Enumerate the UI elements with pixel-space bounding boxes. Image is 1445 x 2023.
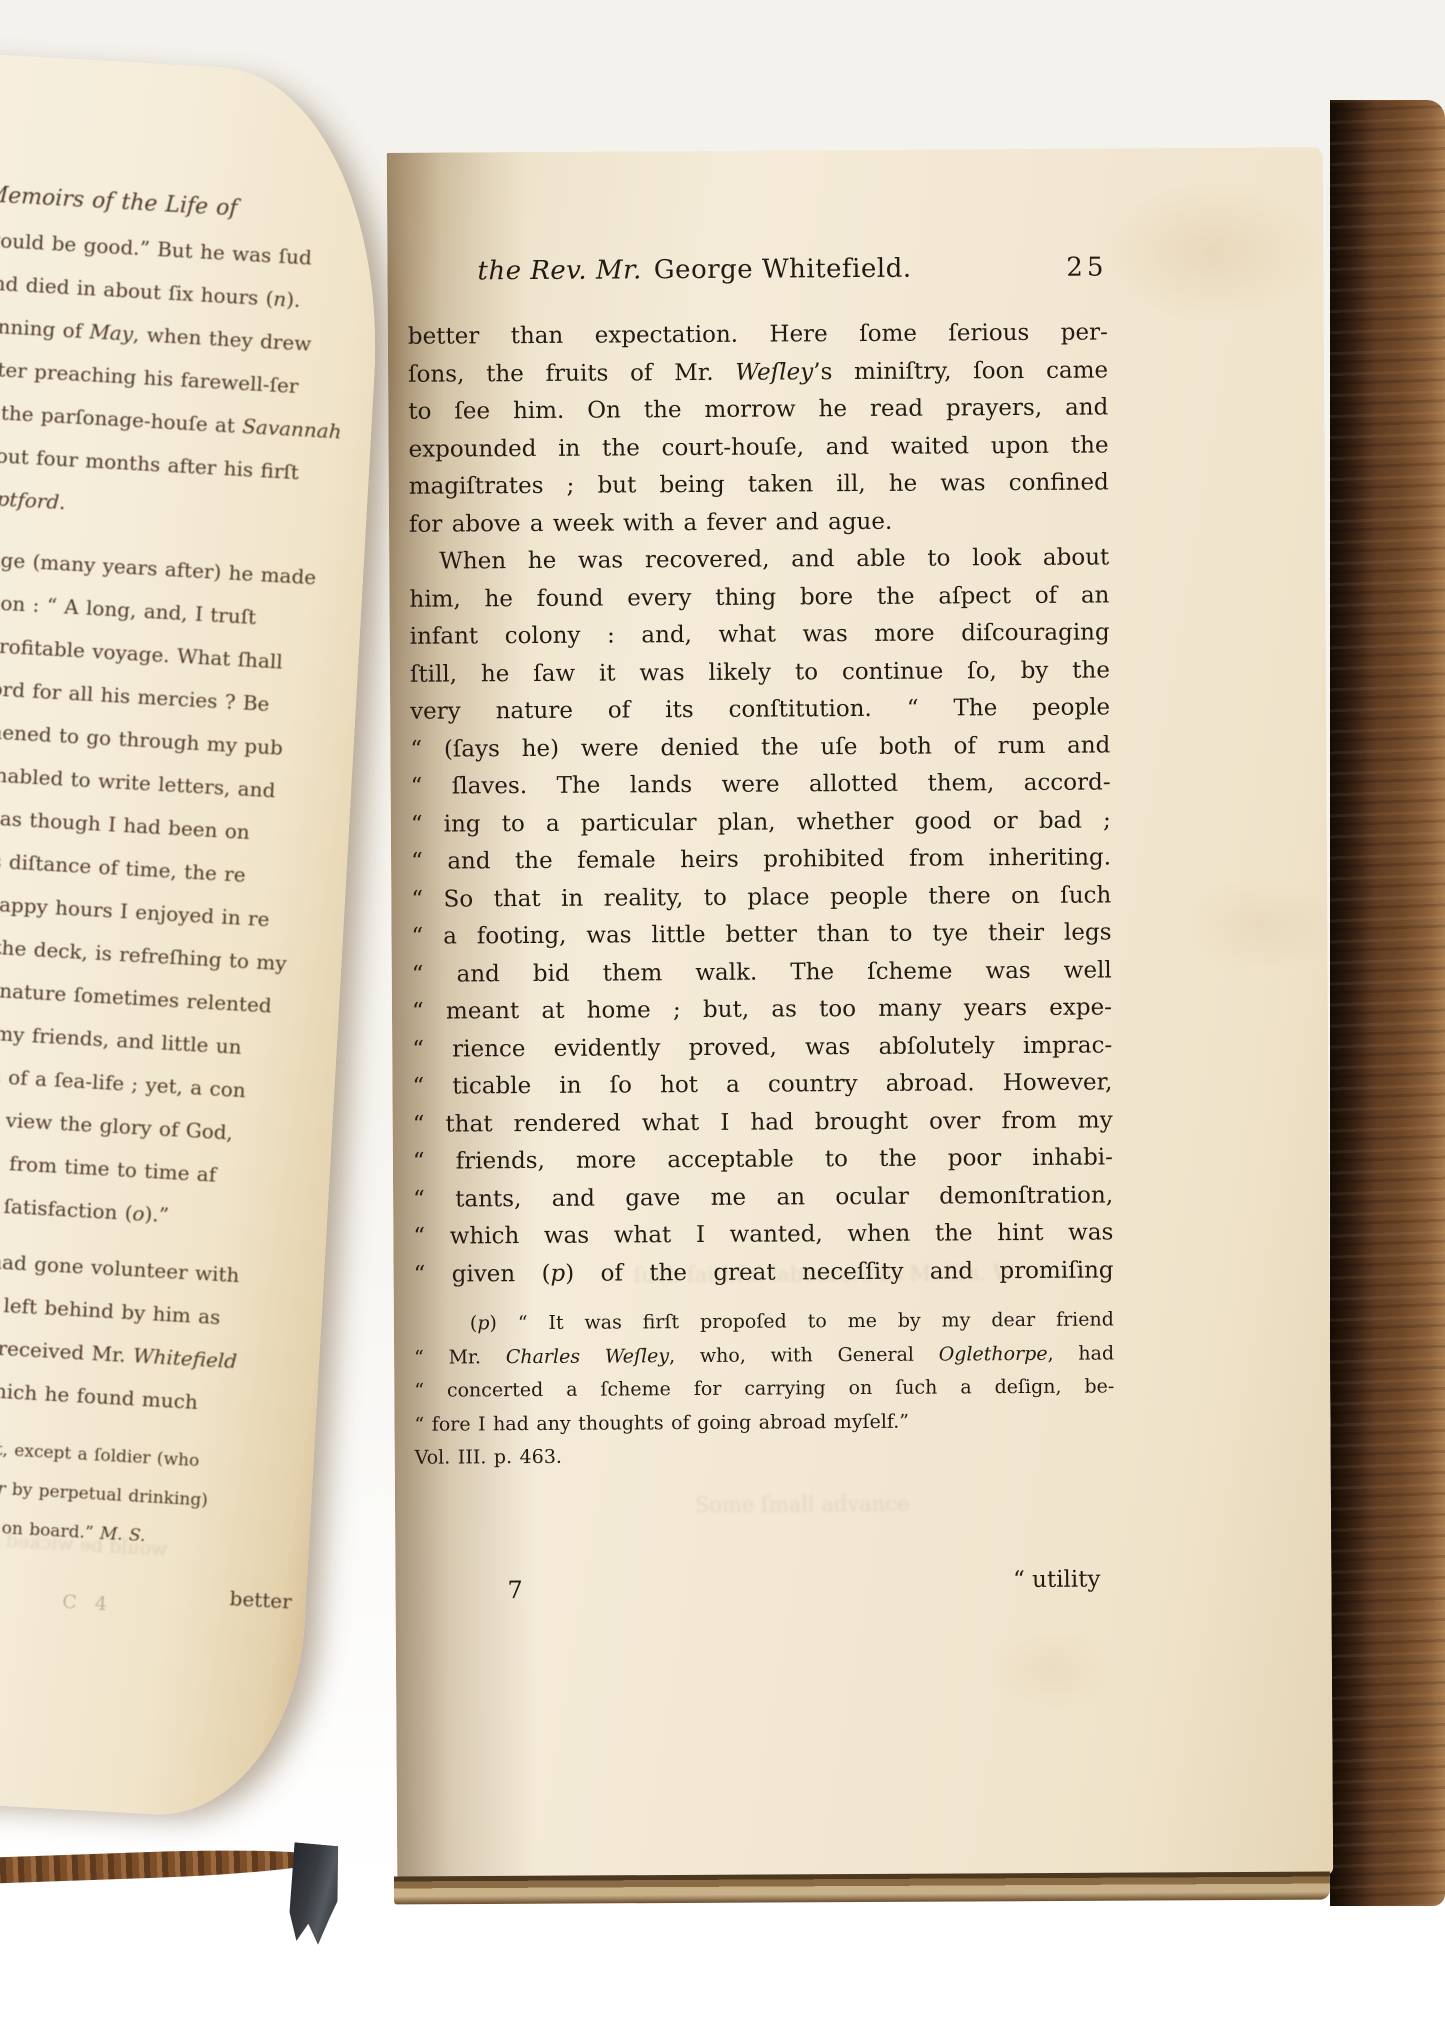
text-line: (p) “ It was firſt propoſed to me by my … — [414, 1303, 1114, 1341]
text-line: “ given (p) of the great neceſſity and p… — [413, 1252, 1113, 1294]
text-line: Vol. III. p. 463. — [415, 1437, 1115, 1475]
text-line: “ meant at home ; but, as too many years… — [412, 989, 1112, 1031]
text-line: for above a week with a fever and ague. — [409, 502, 1109, 544]
text-line: “ that rendered what I had brought over … — [413, 1102, 1113, 1144]
text-line: to ſee him. On the morrow he read prayer… — [408, 389, 1108, 431]
header-title-italic: the Rev. Mr. — [477, 255, 642, 286]
page-header: the Rev. Mr. George Whitefield. 25 — [407, 252, 1107, 286]
signature-mark: C 4 — [62, 1591, 114, 1616]
book-photograph: the Rev. Mr. George Whitefield. 25 ſuch … — [0, 0, 1445, 2023]
catchword: “ utility — [1013, 1567, 1101, 1594]
text-line: “ friends, more acceptable to the poor i… — [413, 1139, 1113, 1181]
catchword: better — [229, 1586, 292, 1613]
text-line: “ (ſays he) were denied the uſe both of … — [410, 727, 1110, 769]
text-line: “ fore I had any thoughts of going abroa… — [414, 1404, 1114, 1442]
text-line: “ Mr. Charles Weſley, who, with General … — [414, 1337, 1114, 1375]
body-text: better than expectation. Here ſome ſerio… — [408, 314, 1114, 1293]
page-number: 25 — [1066, 252, 1107, 282]
footnote: (p) “ It was firſt propoſed to me by my … — [414, 1303, 1115, 1475]
cover-fore-edge — [1330, 100, 1445, 1906]
text-line: infant colony : and, what was more diſco… — [410, 614, 1110, 656]
header-title: George Whitefield. — [654, 254, 912, 286]
text-line: very nature of its conſtitution. “ The p… — [410, 689, 1110, 731]
text-line: “ concerted a ſcheme for carrying on ſuc… — [414, 1370, 1114, 1408]
text-line: “ and the female heirs prohibited from i… — [411, 839, 1111, 881]
text-line: better than expectation. Here ſome ſerio… — [408, 314, 1108, 356]
text-line: “ rience evidently proved, was abſolutel… — [412, 1027, 1112, 1069]
text-line: “ ſlaves. The lands were allotted them, … — [410, 764, 1110, 806]
text-line: magiſtrates ; but being taken ill, he wa… — [409, 464, 1109, 506]
text-line: “ So that in reality, to place people th… — [411, 877, 1111, 919]
show-through-text: Some ſmall advance — [695, 1492, 910, 1517]
text-line: “ ing to a particular plan, whether good… — [411, 802, 1111, 844]
text-line: him, he found every thing bore the aſpec… — [409, 577, 1109, 619]
text-line: “ tants, and gave me an ocular demonſtra… — [413, 1177, 1113, 1219]
text-line: expounded in the court-houſe, and waited… — [408, 427, 1108, 469]
right-page: the Rev. Mr. George Whitefield. 25 ſuch … — [387, 147, 1334, 1881]
text-line: “ a footing, was little better than to t… — [411, 914, 1111, 956]
text-line: ſons, the fruits of Mr. Weſley’s miniſtr… — [408, 352, 1108, 394]
text-line: “ which was what I wanted, when the hint… — [413, 1214, 1113, 1256]
text-line: When he was recovered, and able to look … — [409, 539, 1109, 581]
page-block-bottom-edge — [394, 1872, 1330, 1905]
text-line: “ ticable in ſo hot a country abroad. Ho… — [412, 1064, 1112, 1106]
press-figure: 7 — [507, 1576, 522, 1604]
text-line: “ and bid them walk. The ſcheme was well — [412, 952, 1112, 994]
text-line: ſtill, he ſaw it was likely to continue … — [410, 652, 1110, 694]
